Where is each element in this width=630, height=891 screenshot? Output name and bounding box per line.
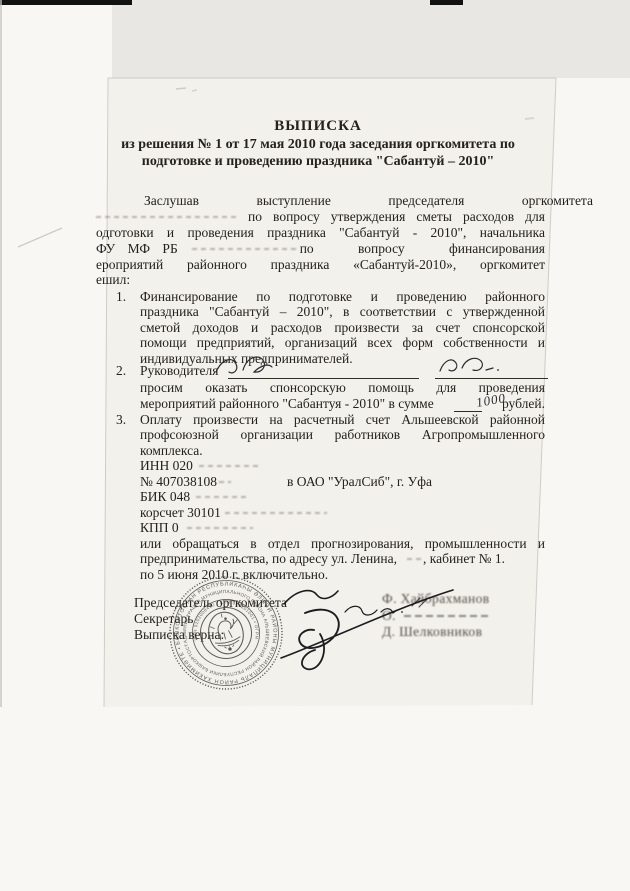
list-item-line: комплекса. xyxy=(140,443,203,459)
paragraph-line: одготовки и проведения праздника "Сабант… xyxy=(96,225,545,241)
paragraph-line: Заслушав выступление председателя оргком… xyxy=(96,193,593,209)
list-item-line: по 5 июня 2010 г. включительно. xyxy=(140,567,328,583)
doc-subtitle-line: из решения № 1 от 17 мая 2010 года засед… xyxy=(88,137,548,153)
signatory-name: О. xyxy=(382,608,542,624)
fill-in-blank-line xyxy=(228,364,419,379)
handwritten-dash-line xyxy=(404,615,490,617)
bank-detail-bik: БИК 048 xyxy=(140,489,545,505)
amount-blank-line xyxy=(454,397,482,412)
paragraph-line: ешил: xyxy=(96,272,130,288)
list-item-line: сметой доходов и расходов произвести за … xyxy=(140,320,545,336)
speck xyxy=(192,90,197,91)
scratch-mark xyxy=(18,228,62,247)
redacted-text xyxy=(407,558,423,560)
paragraph-line: по вопросу утверждения сметы расходов дл… xyxy=(96,209,545,225)
scan-edge-mark xyxy=(430,0,463,5)
list-item-line: предпринимательства, по адресу ул. Ленин… xyxy=(140,551,545,567)
paragraph-line: ФУ МФ РБ по вопросу финансирования xyxy=(96,241,545,257)
list-item-line: праздника "Сабантуй – 2010", в соответст… xyxy=(140,304,545,320)
list-item-line: профсоюзной организации работников Агроп… xyxy=(140,427,545,443)
bank-detail-inn: ИНН 020 xyxy=(140,458,545,474)
doc-heading: ВЫПИСКА xyxy=(88,119,548,135)
list-item-line: Руководителя xyxy=(140,363,548,379)
scan-edge-line xyxy=(0,0,2,707)
paragraph-line: ероприятий районного праздника «Сабантуй… xyxy=(96,257,545,273)
signature-label-chairman: Председатель оргкомитета xyxy=(134,595,287,611)
doc-subtitle-line: подготовке и проведению праздника "Сабан… xyxy=(88,154,548,170)
list-item-line: или обращаться в отдел прогнозирования, … xyxy=(140,536,545,552)
bank-detail-account: № 407038108 в ОАО "УралСиб", г. Уфа xyxy=(140,474,545,490)
redacted-text xyxy=(219,481,231,483)
redacted-text xyxy=(192,248,300,250)
redacted-text xyxy=(196,496,248,498)
list-number: 1. xyxy=(116,289,126,305)
signature-label-copy-correct: Выписка верна: xyxy=(134,627,224,643)
scanned-document-page: ВЫПИСКА из решения № 1 от 17 мая 2010 го… xyxy=(0,0,630,891)
list-item-line: Финансирование по подготовке и проведени… xyxy=(140,289,545,305)
list-number: 2. xyxy=(116,363,126,379)
list-item-line: мероприятий районного "Сабантуя - 2010" … xyxy=(140,396,545,412)
scanner-bed-shadow xyxy=(112,0,630,78)
list-item-line: просим оказать спонсорскую помощь для пр… xyxy=(140,380,545,396)
bank-detail-kpp: КПП 0 xyxy=(140,520,545,536)
redacted-text xyxy=(96,216,238,218)
list-number: 3. xyxy=(116,412,126,428)
signatory-name: Ф. Хайбрахманов xyxy=(382,591,490,607)
list-item-line: помощи предприятий, организаций всех фор… xyxy=(140,335,545,351)
redacted-text xyxy=(199,465,261,467)
list-item-line: Оплату произвести на расчетный счет Альш… xyxy=(140,412,545,428)
bank-detail-corr: корсчет 30101 xyxy=(140,505,545,521)
speck xyxy=(176,88,186,89)
fill-in-blank-line xyxy=(435,364,548,379)
signature-label-secretary: Секретарь xyxy=(134,611,193,627)
scan-edge-mark xyxy=(0,0,132,5)
redacted-text xyxy=(187,527,253,529)
signatory-name: Д. Шелковников xyxy=(382,624,482,640)
redacted-text xyxy=(225,512,327,514)
